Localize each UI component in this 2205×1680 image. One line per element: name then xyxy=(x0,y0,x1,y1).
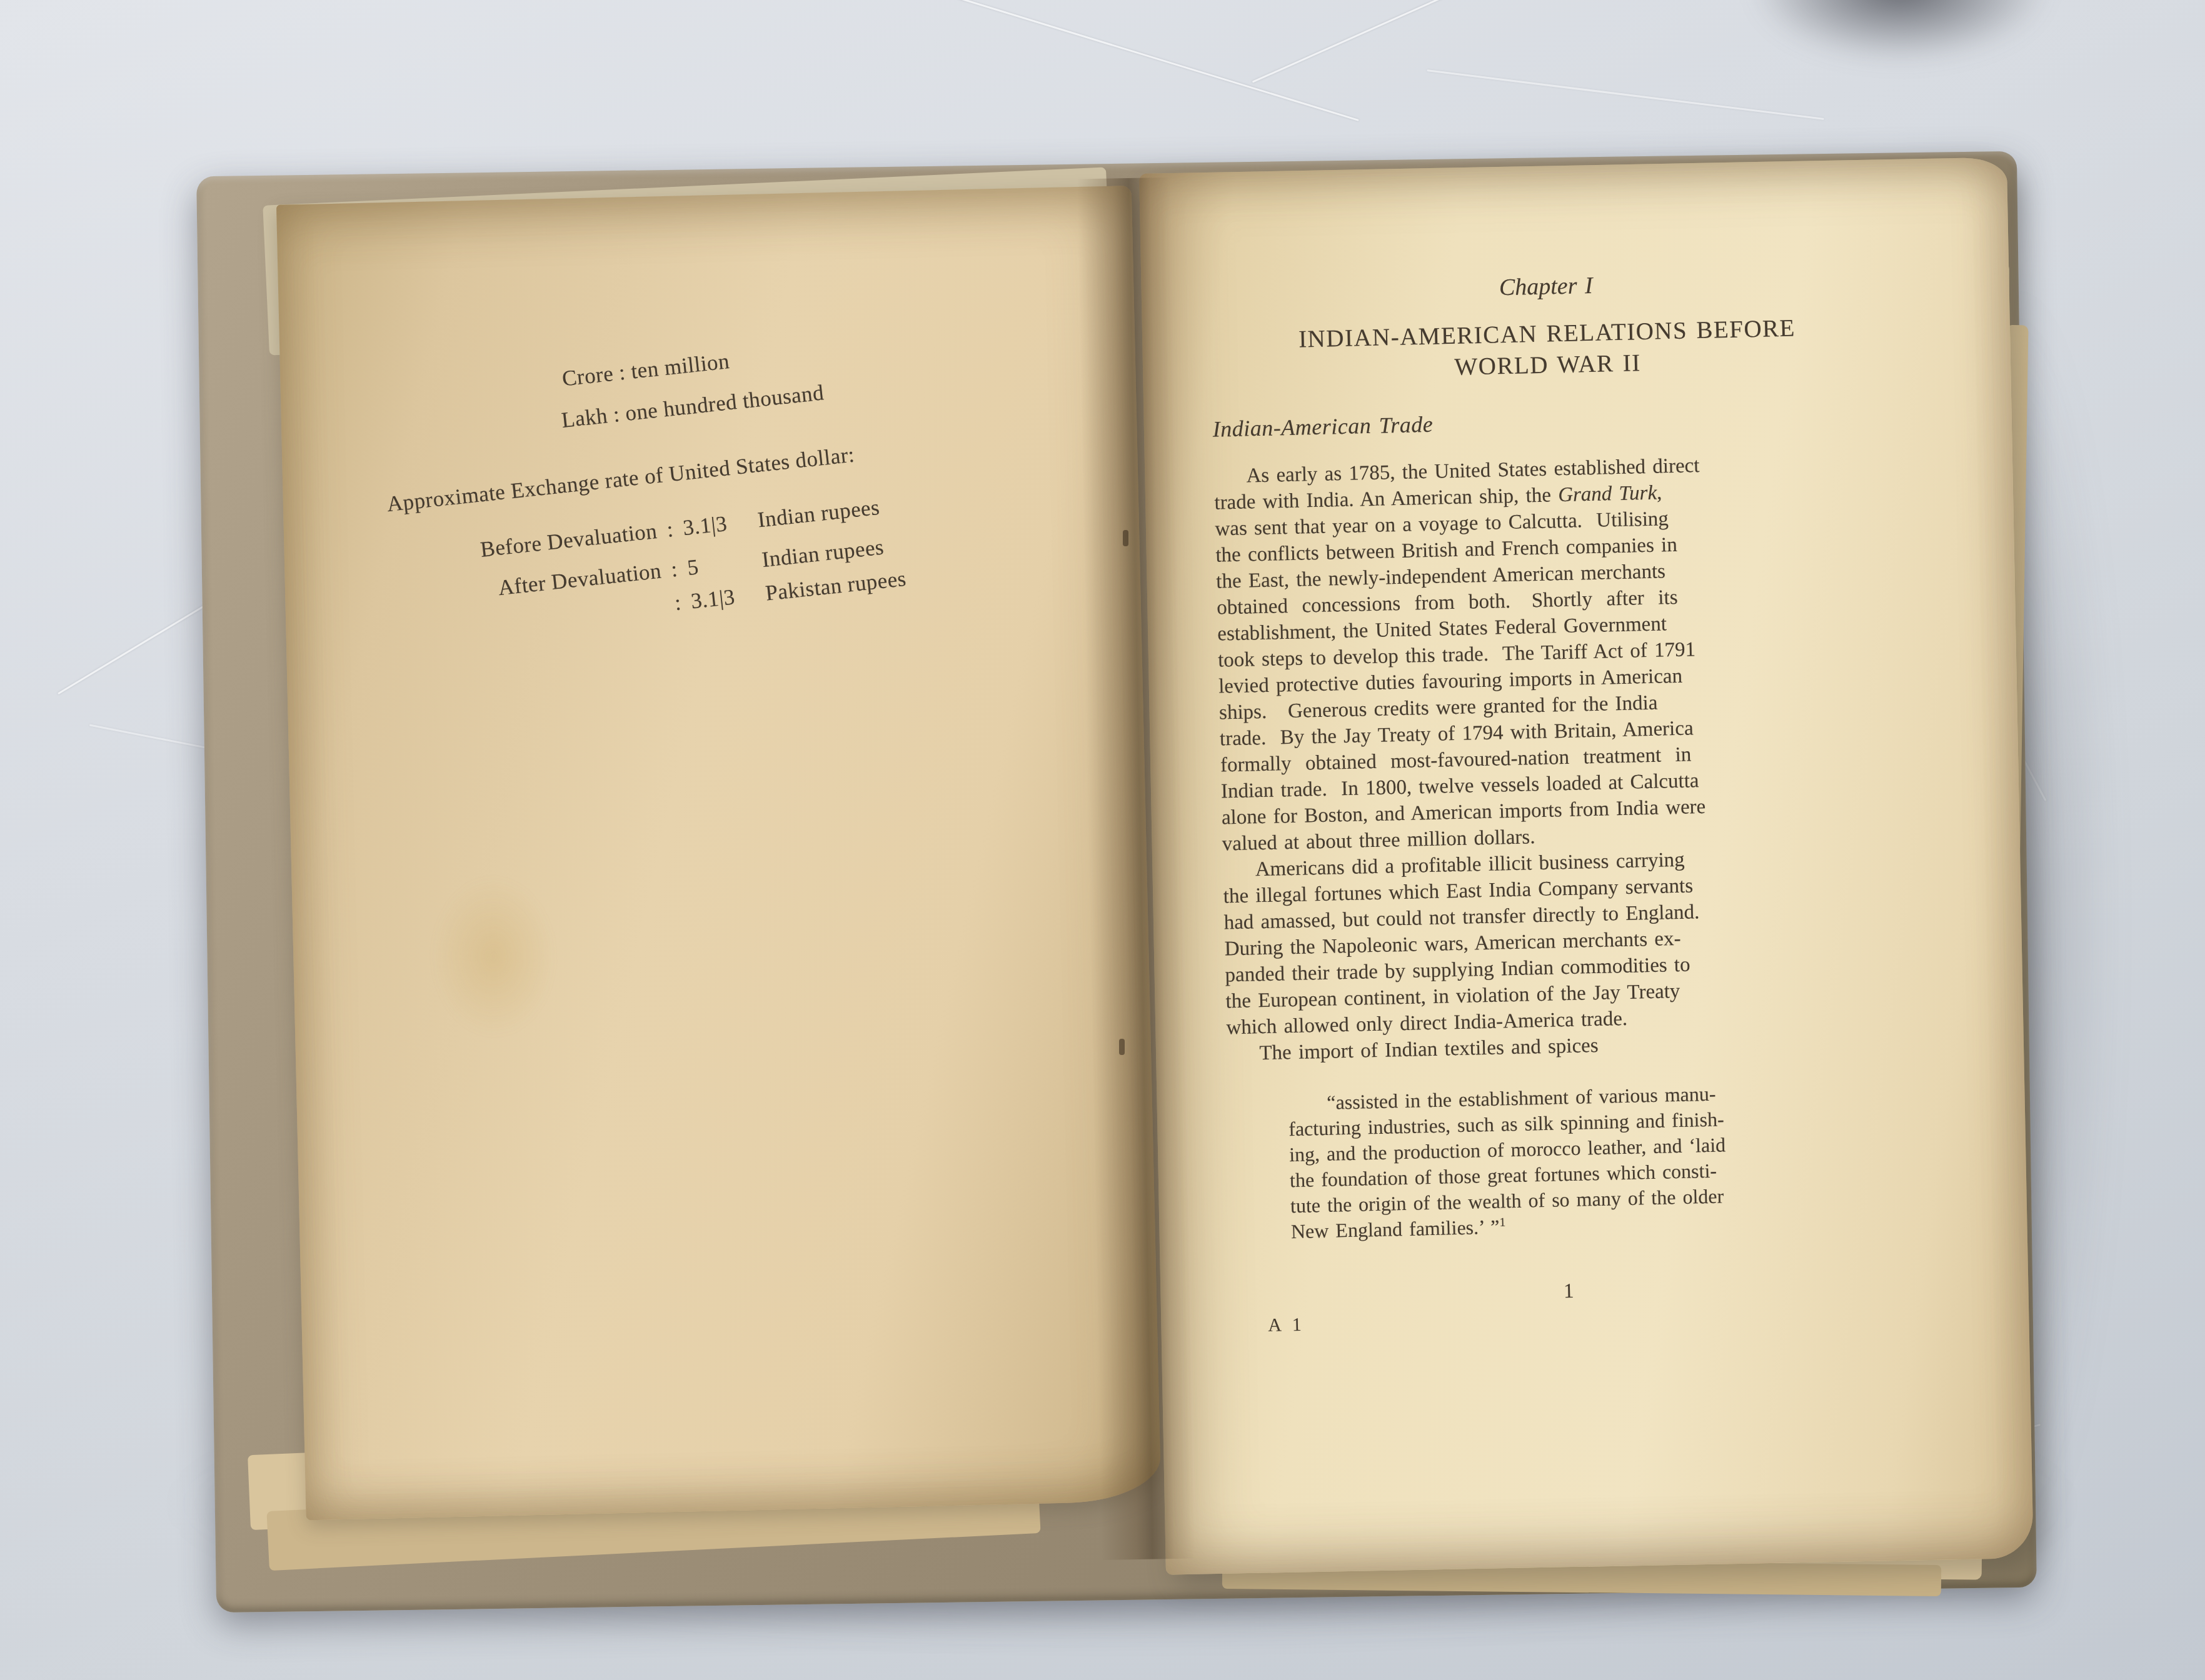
exchange-row-currency: Indian rupees xyxy=(760,533,885,574)
right-page-text: Chapter I INDIAN-AMERICAN RELATIONS BEFO… xyxy=(1209,266,1905,1312)
scratch-line xyxy=(1252,0,1562,83)
paragraph-1: As early as 1785, the United States esta… xyxy=(1213,448,1895,857)
scratch-line xyxy=(904,0,1359,121)
exchange-row-colon: : xyxy=(660,554,688,584)
paragraph-1-rest: was sent that year on a voyage to Calcut… xyxy=(1215,501,1895,857)
paragraph-1-line2-post: , xyxy=(1657,481,1662,504)
signature-mark: A 1 xyxy=(1268,1312,1304,1339)
exchange-row-currency: Indian rupees xyxy=(756,494,881,534)
exchange-row-rate: 3.1|3 xyxy=(681,507,759,542)
book-photo: Crore : ten million Lakh : one hundred t… xyxy=(0,0,2205,1680)
left-page: Crore : ten million Lakh : one hundred t… xyxy=(276,186,1161,1520)
right-page: Chapter I INDIAN-AMERICAN RELATIONS BEFO… xyxy=(1139,157,2034,1574)
left-page-text: Crore : ten million Lakh : one hundred t… xyxy=(374,309,1111,646)
page-number: 1 xyxy=(1564,1280,1574,1302)
chapter-title: INDIAN-AMERICAN RELATIONS BEFORE WORLD W… xyxy=(1210,311,1884,388)
scratch-line xyxy=(1427,69,1824,120)
ship-name-italic: Grand Turk xyxy=(1558,482,1657,507)
block-quote-text: “assisted in the establishment of variou… xyxy=(1288,1082,1726,1242)
page-stain xyxy=(429,874,558,1039)
paragraph-2: Americans did a profitable illicit busin… xyxy=(1222,842,1899,1041)
exchange-row-colon: : xyxy=(663,588,692,618)
exchange-row-colon: : xyxy=(656,514,685,544)
chapter-label: Chapter I xyxy=(1209,266,1882,307)
footnote-reference: 1 xyxy=(1499,1216,1505,1229)
exchange-row-rate: 3.1|3 xyxy=(690,580,767,616)
exchange-row-rate: 5 xyxy=(686,546,763,582)
spine-stitching xyxy=(1123,530,1128,546)
page-footer: 1 A 1 xyxy=(1232,1271,1906,1312)
block-quote: “assisted in the establishment of variou… xyxy=(1288,1077,1886,1245)
spine-stitching xyxy=(1119,1039,1125,1055)
top-shadow xyxy=(1750,0,2051,62)
section-heading: Indian-American Trade xyxy=(1212,401,1886,442)
